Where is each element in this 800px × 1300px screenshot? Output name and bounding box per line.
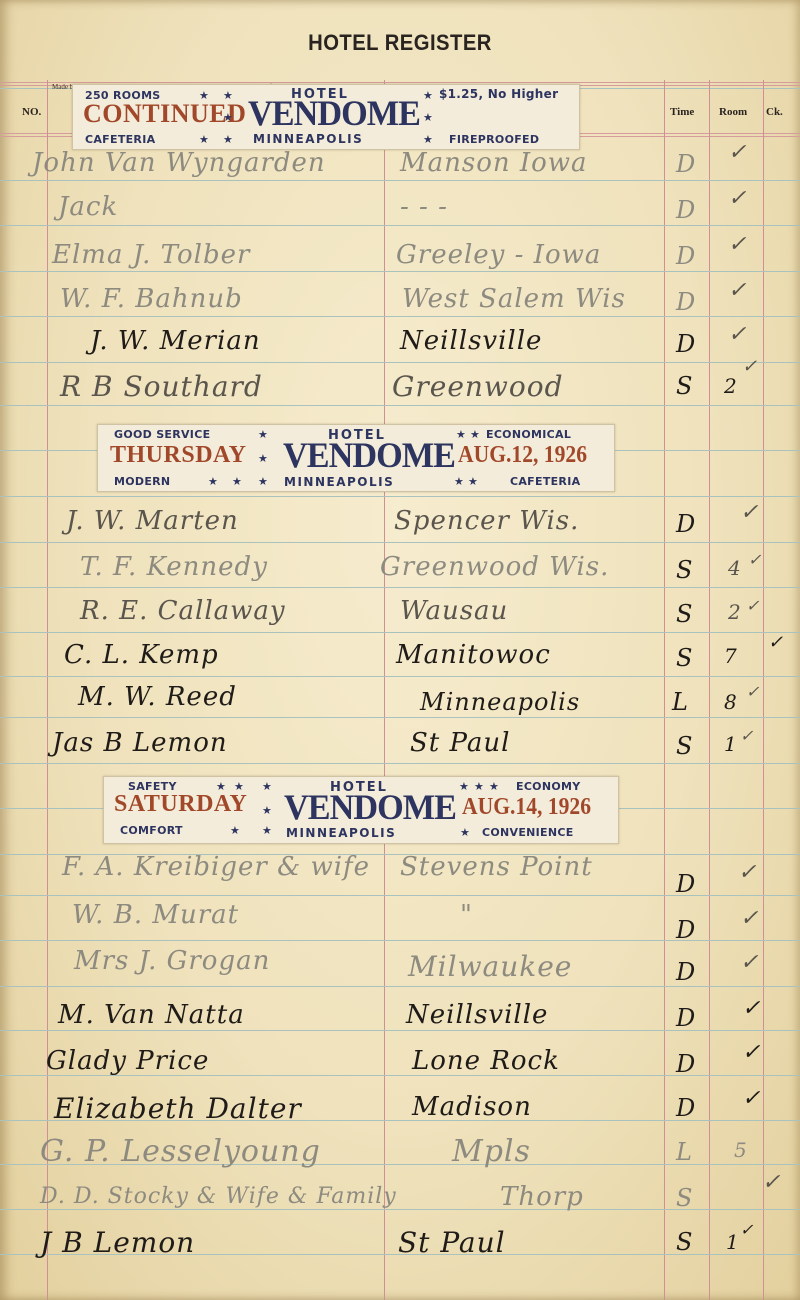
guest-residence: Neillsville [400,326,542,356]
checkmark-icon: ✓ [728,186,747,211]
row-rule [0,763,800,764]
guest-residence: Manson Iowa [400,148,588,178]
checkmark-icon: ✓ [768,632,784,653]
guest-name: F. A. Kreibiger & wife [62,852,370,882]
room-number: 2 [724,374,738,398]
guest-name: Jas B Lemon [52,728,228,758]
checkmark-icon: ✓ [740,500,759,525]
checkmark-icon: ✓ [740,950,759,975]
arrival-time: S [676,732,693,760]
arrival-time: D [676,150,696,178]
guest-name: G. P. Lesselyoung [40,1134,321,1169]
hotel-stamp-thursday: GOOD SERVICE THURSDAY MODERN ★ ★ ★ ★ ★ H… [97,424,615,492]
star-icon: ★ [258,475,268,488]
guest-residence: Mpls [452,1134,531,1169]
room-number: 1 [724,732,738,756]
arrival-time: S [676,1228,693,1256]
checkmark-icon: ✓ [748,550,762,569]
guest-name: Mrs J. Grogan [74,946,270,976]
row-rule [0,271,800,272]
guest-name: D. D. Stocky & Wife & Family [40,1184,397,1209]
arrival-time: D [676,870,696,898]
star-icon: ★ [208,475,218,488]
guest-name: Elma J. Tolber [52,240,250,270]
guest-residence: Wausau [400,596,508,626]
guest-residence: Minneapolis [420,688,580,716]
stamp-hotel-name: VENDOME [248,95,420,131]
star-icon: ★ [230,824,240,837]
star-icon: ★ [459,780,469,793]
stamp-slogan: CAFETERIA [85,133,155,146]
guest-name: J. W. Merian [90,326,261,356]
stamp-city: MINNEAPOLIS [286,826,396,840]
stamp-slogan: FIREPROOFED [449,133,539,146]
stamp-city: MINNEAPOLIS [284,475,394,489]
row-rule [0,717,800,718]
column-rule-no [47,80,48,1300]
star-icon: ★ [216,780,226,793]
star-icon: ★ [474,780,484,793]
guest-residence: West Salem Wis [402,284,626,314]
column-rule-room [709,80,710,1300]
row-rule [0,496,800,497]
star-icon: ★ [258,428,268,441]
star-icon: ★ [423,111,433,124]
guest-residence: Greenwood [392,370,564,403]
guest-name: W. F. Bahnub [60,284,243,314]
star-icon: ★ [423,89,433,102]
star-icon: ★ [223,133,233,146]
row-rule [0,632,800,633]
guest-name: Jack [58,192,118,222]
row-rule [0,587,800,588]
checkmark-icon: ✓ [728,140,747,165]
star-icon: ★ [423,133,433,146]
stamp-day: CONTINUED [83,99,246,129]
star-icon: ★ [223,89,233,102]
guest-name: J. W. Marten [66,506,239,536]
stamp-price: $1.25, No Higher [439,87,558,101]
star-icon: ★ [262,824,272,837]
row-rule [0,362,800,363]
stamp-slogan: MODERN [114,475,170,488]
arrival-time: S [676,644,693,672]
guest-residence: - - - [400,192,448,222]
arrival-time: D [676,958,696,986]
row-rule [0,180,800,181]
arrival-time: D [676,1094,696,1122]
arrival-time: S [676,556,693,584]
checkmark-icon: ✓ [740,906,759,931]
room-number: 4 [728,556,742,580]
page-title: HOTEL REGISTER [32,30,768,56]
arrival-time: D [676,242,696,270]
arrival-time: D [676,196,696,224]
stamp-date: AUG.12, 1926 [458,442,587,469]
column-header-ck: Ck. [766,106,783,118]
stamp-slogan: COMFORT [120,824,183,837]
guest-name: J B Lemon [40,1226,195,1259]
checkmark-icon: ✓ [742,1040,761,1065]
checkmark-icon: ✓ [746,596,760,615]
checkmark-icon: ✓ [740,726,754,745]
stamp-slogan: CONVENIENCE [482,826,574,839]
hotel-stamp-continued: 250 ROOMS CONTINUED CAFETERIA ★ ★ ★ ★ ★ … [72,84,580,150]
star-icon: ★ [223,111,233,124]
arrival-time: S [676,1184,693,1212]
row-rule [0,676,800,677]
guest-name: T. F. Kennedy [80,552,268,582]
guest-name: John Van Wyngarden [32,148,326,178]
column-header-room: Room [719,106,747,118]
guest-name: M. W. Reed [78,682,237,712]
column-rule-residence [384,80,385,1300]
stamp-slogan: CAFETERIA [510,475,580,488]
checkmark-icon: ✓ [740,1220,754,1239]
guest-residence: Neillsville [406,1000,548,1030]
arrival-time: S [676,372,693,400]
guest-residence: Spencer Wis. [394,506,579,536]
row-rule [0,986,800,987]
column-header-no: NO. [22,106,41,118]
guest-name: M. Van Natta [58,1000,245,1030]
checkmark-icon: ✓ [728,278,747,303]
stamp-city: MINNEAPOLIS [253,132,363,146]
guest-residence: St Paul [410,728,510,758]
stamp-slogan: ECONOMY [516,780,581,793]
arrival-time: D [676,1050,696,1078]
room-number: 8 [724,690,738,714]
arrival-time: D [676,1004,696,1032]
hotel-stamp-saturday: SAFETY SATURDAY COMFORT ★ ★ ★ ★ ★ ★ HOTE… [103,776,619,844]
star-icon: ★ [258,452,268,465]
guest-name: R. E. Callaway [80,596,286,626]
checkmark-icon: ✓ [742,1086,761,1111]
guest-residence: Stevens Point [400,852,593,882]
arrival-time: L [676,1138,693,1166]
star-icon: ★ [262,780,272,793]
guest-residence: Greenwood Wis. [380,552,609,582]
room-number: 5 [734,1138,748,1162]
checkmark-icon: ✓ [742,996,761,1021]
star-icon: ★ [470,428,480,441]
star-icon: ★ [199,89,209,102]
star-icon: ★ [232,475,242,488]
star-icon: ★ [456,428,466,441]
arrival-time: D [676,288,696,316]
row-rule [0,225,800,226]
row-rule [0,316,800,317]
checkmark-icon: ✓ [738,860,757,885]
checkmark-icon: ✓ [728,232,747,257]
room-number: 7 [724,644,738,668]
guest-name: Elizabeth Dalter [54,1092,302,1125]
stamp-hotel-name: VENDOME [283,437,455,473]
row-rule [0,542,800,543]
guest-residence: Manitowoc [396,640,551,670]
guest-name: C. L. Kemp [64,640,219,670]
column-rule-time [664,80,665,1300]
arrival-time: L [672,688,689,716]
stamp-slogan: ECONOMICAL [486,428,571,441]
row-rule [0,405,800,406]
guest-residence: St Paul [398,1226,506,1259]
room-number: 2 [728,600,742,624]
guest-residence: " [460,900,473,930]
guest-name: W. B. Murat [72,900,239,930]
stamp-day: SATURDAY [114,791,247,818]
arrival-time: D [676,510,696,538]
star-icon: ★ [489,780,499,793]
stamp-day: THURSDAY [110,442,246,469]
column-header-time: Time [670,106,694,118]
star-icon: ★ [199,133,209,146]
guest-residence: Thorp [500,1182,584,1212]
star-icon: ★ [460,826,470,839]
star-icon: ★ [454,475,464,488]
stamp-date: AUG.14, 1926 [462,794,591,821]
arrival-time: S [676,600,693,628]
room-number: 1 [726,1230,740,1254]
checkmark-icon: ✓ [742,356,758,377]
guest-name: Glady Price [46,1046,209,1076]
stamp-hotel-name: VENDOME [284,789,456,825]
guest-name: R B Southard [60,370,263,403]
guest-residence: Milwaukee [408,950,572,983]
checkmark-icon: ✓ [762,1170,781,1195]
arrival-time: D [676,916,696,944]
guest-residence: Greeley - Iowa [396,240,601,270]
stamp-slogan: GOOD SERVICE [114,428,210,441]
register-page: HOTEL REGISTER Made by ... Makers Counte… [0,0,800,1300]
star-icon: ★ [262,804,272,817]
guest-residence: Madison [412,1092,532,1122]
star-icon: ★ [468,475,478,488]
guest-residence: Lone Rock [412,1046,560,1076]
column-rule-ck [763,80,764,1300]
star-icon: ★ [234,780,244,793]
arrival-time: D [676,330,696,358]
checkmark-icon: ✓ [728,322,747,347]
checkmark-icon: ✓ [746,682,760,701]
